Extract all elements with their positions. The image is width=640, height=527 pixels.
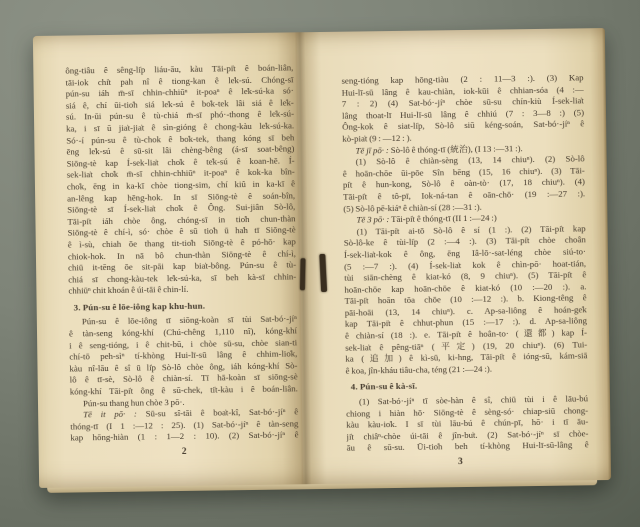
text-line: ê koa, jîn-kháu tiâu-cha, téng (21 :—24 …: [346, 362, 588, 377]
section-heading: 3. Pún-su ê lōe-iông kap khu-hun.: [69, 299, 297, 314]
text-line: kap hōng-hiàn (1 : 1—2 : 10). (2) Sat-bó…: [70, 430, 298, 445]
photo-background: ông-tiâu ê sêng-li̍p liáu-āu, kàu Tāi-pi…: [0, 0, 640, 527]
italic-lead: Tē jī pō· :: [355, 145, 388, 155]
left-page-text: ông-tiâu ê sêng-li̍p liáu-āu, kàu Tāi-pi…: [65, 62, 298, 444]
section-heading: 4. Pún-su ê kà-sī.: [346, 379, 588, 394]
text-line: āu ê sū-su. Ūi-tio̍h beh tí-khòng Hui-lī…: [347, 440, 589, 455]
left-page: ông-tiâu ê sêng-li̍p liáu-āu, kàu Tāi-pi…: [33, 32, 303, 488]
text-line: chhiūⁿ chit khoán ê úi-tāi ê chin-lí.: [68, 283, 296, 298]
italic-lead: Tē it pō· :: [83, 409, 137, 420]
book-spread: ông-tiâu ê sêng-li̍p liáu-āu, kàu Tāi-pi…: [33, 28, 611, 488]
right-page-number: 3: [347, 455, 589, 468]
italic-lead: Tē 3 pō· :: [356, 214, 389, 224]
right-page-text: seng-tióng kap hōng-tiàu (2 : 11—3 :). (…: [341, 72, 588, 454]
staple-left-mark: [300, 258, 306, 290]
left-page-number: 2: [71, 445, 299, 458]
right-page: seng-tióng kap hōng-tiàu (2 : 11—3 :). (…: [297, 28, 611, 484]
